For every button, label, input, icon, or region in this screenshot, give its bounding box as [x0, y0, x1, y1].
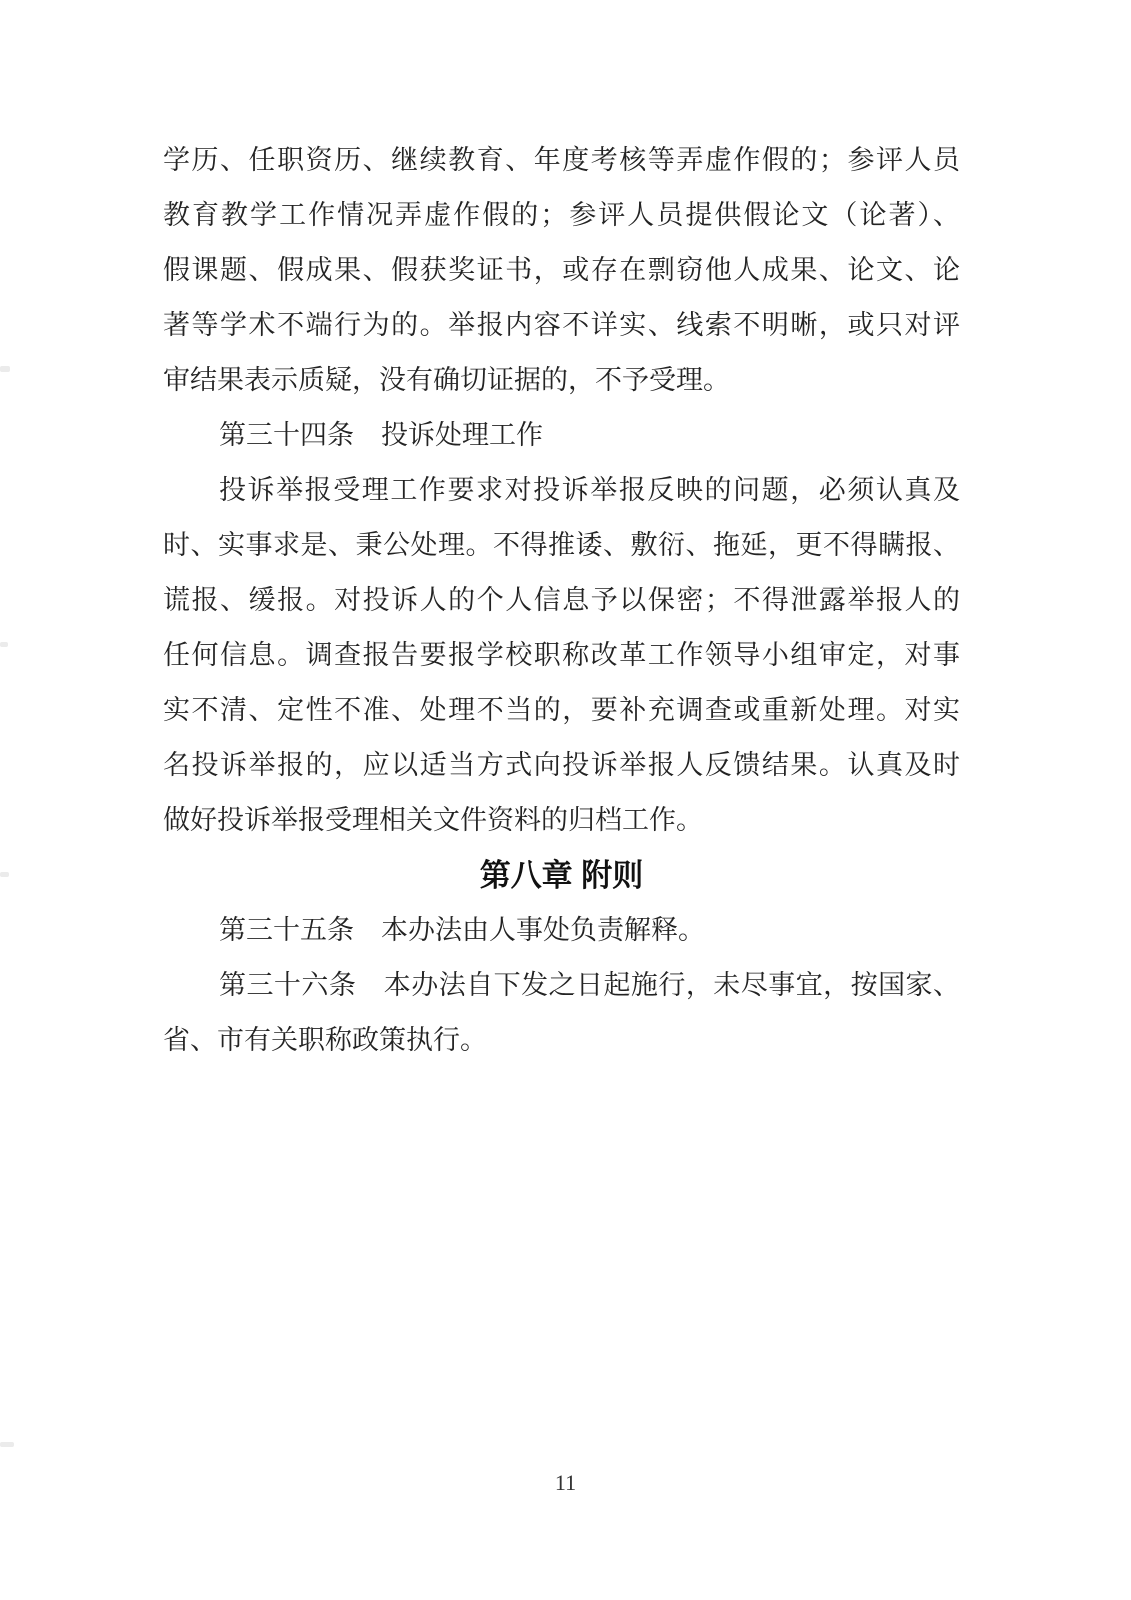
text-line: 时、实事求是、秉公处理。不得推诿、敷衍、拖延，更不得瞒报、	[163, 518, 960, 573]
text-line: 谎报、缓报。对投诉人的个人信息予以保密；不得泄露举报人的	[163, 573, 960, 628]
page-number: 11	[0, 1468, 1131, 1498]
text-line: 第三十六条 本办法自下发之日起施行，未尽事宜，按国家、	[163, 958, 960, 1013]
scan-artifact	[0, 1442, 14, 1447]
document-page: 学历、任职资历、继续教育、年度考核等弄虚作假的；参评人员 教育教学工作情况弄虚作…	[0, 0, 1131, 1600]
text-line: 学历、任职资历、继续教育、年度考核等弄虚作假的；参评人员	[163, 133, 960, 188]
text-line: 投诉举报受理工作要求对投诉举报反映的问题，必须认真及	[163, 463, 960, 518]
scan-artifact	[0, 366, 10, 372]
scan-artifact	[0, 642, 8, 647]
document-body: 学历、任职资历、继续教育、年度考核等弄虚作假的；参评人员 教育教学工作情况弄虚作…	[163, 133, 960, 1068]
text-line: 实不清、定性不准、处理不当的，要补充调查或重新处理。对实	[163, 683, 960, 738]
text-line: 名投诉举报的，应以适当方式向投诉举报人反馈结果。认真及时	[163, 738, 960, 793]
text-line: 省、市有关职称政策执行。	[163, 1013, 960, 1068]
text-line: 教育教学工作情况弄虚作假的；参评人员提供假论文（论著）、	[163, 188, 960, 243]
text-line: 审结果表示质疑，没有确切证据的，不予受理。	[163, 353, 960, 408]
text-line: 做好投诉举报受理相关文件资料的归档工作。	[163, 793, 960, 848]
text-line: 著等学术不端行为的。举报内容不详实、线索不明晰，或只对评	[163, 298, 960, 353]
scan-artifact	[0, 872, 9, 877]
text-line: 任何信息。调查报告要报学校职称改革工作领导小组审定，对事	[163, 628, 960, 683]
chapter-heading: 第八章 附则	[163, 848, 960, 903]
text-line: 假课题、假成果、假获奖证书，或存在剽窃他人成果、论文、论	[163, 243, 960, 298]
article-title-line: 第三十五条 本办法由人事处负责解释。	[163, 903, 960, 958]
article-title-line: 第三十四条 投诉处理工作	[163, 408, 960, 463]
